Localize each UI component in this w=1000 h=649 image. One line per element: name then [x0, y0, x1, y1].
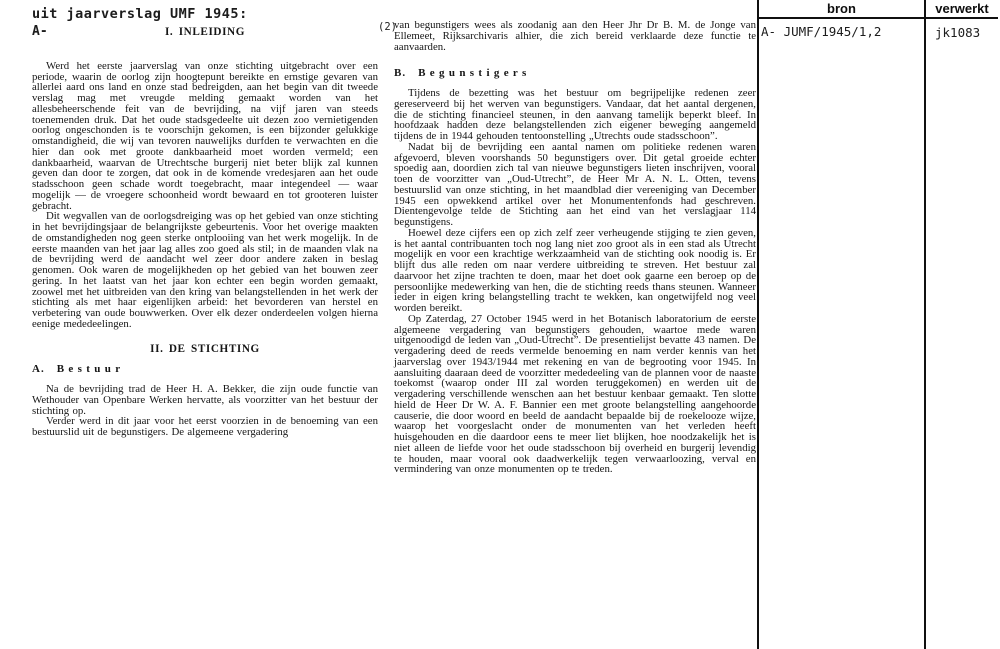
register-value-verwerkt: jk1083 — [935, 25, 980, 40]
register-header-underline — [757, 17, 998, 19]
section-heading-inleiding: I. INLEIDING — [32, 27, 378, 38]
register-header-verwerkt: verwerkt — [926, 1, 998, 16]
register-border-left — [757, 0, 759, 649]
subheading-begunstigers-label: B e g u n s t i g e r s — [418, 67, 527, 79]
paragraph-begunstigers-1: Tijdens de bezetting was het bestuur om … — [394, 88, 756, 142]
paragraph-begunstigers-3: Hoewel deze cijfers een op zich zelf zee… — [394, 228, 756, 314]
register-header-bron: bron — [759, 1, 924, 16]
paragraph-begunstigers-2: Nadat bij de bevrijding een aantal namen… — [394, 142, 756, 228]
subheading-bestuur-prefix: A. — [32, 363, 45, 375]
paragraph-begunstigers-4: Op Zaterdag, 27 October 1945 werd in het… — [394, 314, 756, 475]
paragraph-bestuur-1: Na de bevrijding trad de Heer H. A. Bekk… — [32, 384, 378, 416]
paragraph-intro-1: Werd het eerste jaarverslag van onze sti… — [32, 61, 378, 212]
subheading-bestuur: A.B e s t u u r — [32, 364, 378, 375]
scanned-document-page: uit jaarverslag UMF 1945: A- (2) I. INLE… — [0, 0, 1000, 649]
subheading-bestuur-label: B e s t u u r — [57, 363, 121, 375]
subheading-begunstigers: B.B e g u n s t i g e r s — [394, 68, 756, 79]
paragraph-bestuur-2: Verder werd in dit jaar voor het eerst v… — [32, 416, 378, 438]
text-column-left: I. INLEIDING Werd het eerste jaarverslag… — [32, 24, 378, 438]
section-heading-stichting: II. DE STICHTING — [32, 344, 378, 355]
register-value-bron: A- JUMF/1945/1,2 — [761, 24, 881, 39]
paragraph-intro-2: Dit wegvallen van de oorlogsdreiging was… — [32, 211, 378, 329]
source-annotation: uit jaarverslag UMF 1945: — [32, 6, 248, 22]
subheading-begunstigers-prefix: B. — [394, 67, 406, 79]
register-column-divider — [924, 0, 926, 649]
paragraph-bestuur-continued: van begunstigers wees als zoodanig aan d… — [394, 20, 756, 52]
text-column-right: van begunstigers wees als zoodanig aan d… — [394, 20, 756, 475]
